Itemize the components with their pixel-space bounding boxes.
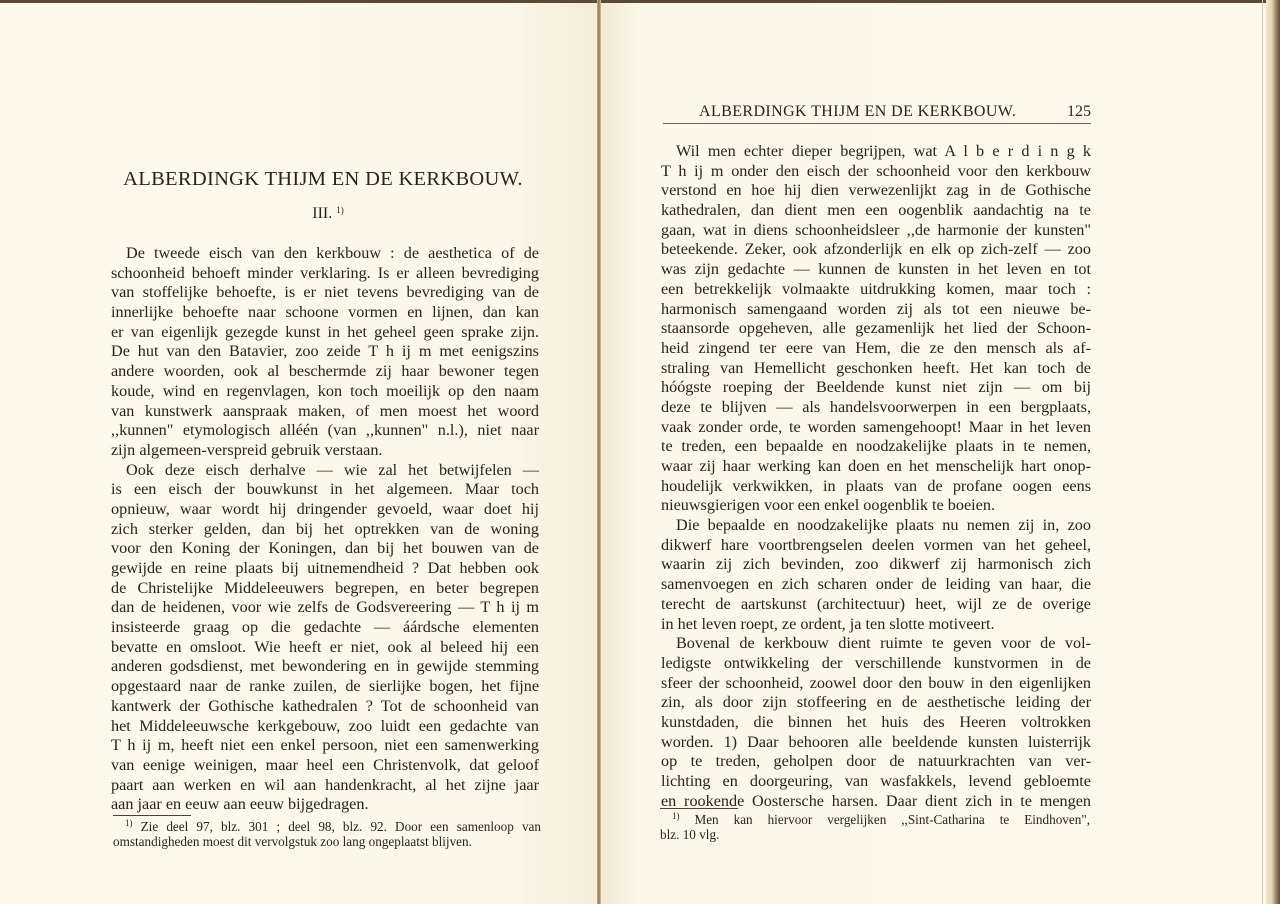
text-line: houdelijk verkwikken, in plaats van de p… — [661, 477, 1091, 497]
text-line: opgestaard naar de ranke zuilen, de sier… — [111, 677, 539, 697]
text-line: er van eigenlijk gezegde kunst in het ge… — [111, 323, 539, 343]
page-edge-line — [1262, 0, 1263, 904]
footnote-line: blz. 10 vlg. — [660, 828, 1090, 843]
text-line: samenvoegen en zich scharen onder de lei… — [661, 575, 1091, 595]
text-line: insisteerde graag op die gedachte — áárd… — [111, 618, 539, 638]
text-line: terecht de aartskunst (architectuur) hee… — [661, 595, 1091, 615]
text-line: koude, wind en regenvlagen, kon toch moe… — [111, 382, 539, 402]
text-line: aan jaar en eeuw aan eeuw bijgedragen. — [111, 795, 539, 815]
text-line: voor den Koning der Koningen, dan bij he… — [111, 539, 539, 559]
footnote-ref: 1) — [336, 205, 344, 215]
text-line: van kunstwerk aanspraak maken, of men mo… — [111, 402, 539, 422]
text-line: Bovenal de kerkbouw dient ruimte te geve… — [661, 634, 1091, 654]
text-line: heid zingend ter eere van Hem, die ze de… — [661, 339, 1091, 359]
text-line: gewijde en reine plaats bij uitnemendhei… — [111, 559, 539, 579]
text-line: harmonisch samengaand worden zij als tot… — [661, 300, 1091, 320]
footnote-line: 1) Men kan hiervoor vergelijken ,,Sint-C… — [660, 813, 1090, 828]
text-line: van stoffelijke behoefte, is er niet tev… — [111, 283, 539, 303]
text-line: De tweede eisch van den kerkbouw : de ae… — [111, 244, 539, 264]
footnote-rule — [113, 815, 191, 816]
footnote-marker: 1) — [125, 818, 133, 828]
footnote-text: Men kan hiervoor vergelijken ,,Sint-Cath… — [694, 812, 1090, 827]
text-line: andere woorden, ook al beschermde zij ha… — [111, 362, 539, 382]
text-line: Die bepaalde en noodzakelijke plaats nu … — [661, 516, 1091, 536]
running-head-title: ALBERDINGK THIJM EN DE KERKBOUW. — [699, 103, 1016, 121]
text-line: staansorde opgeheven, alle gezamenlijk h… — [661, 319, 1091, 339]
book-gutter — [597, 0, 601, 904]
text-line: T h ij m onder den eisch der schoonheid … — [661, 162, 1091, 182]
text-line: sfeer der schoonheid, zoowel door den bo… — [661, 674, 1091, 694]
text-line: schoonheid behoeft minder verklaring. Is… — [111, 264, 539, 284]
text-line: bevatte en omsloot. Wie heeft er niet, o… — [111, 638, 539, 658]
footnote-line: omstandigheden moest dit vervolgstuk zoo… — [113, 835, 541, 850]
footnote-text: Zie deel 97, blz. 301 ; deel 98, blz. 92… — [141, 819, 541, 834]
text-line: is een eisch der bouwkunst in het algeme… — [111, 480, 539, 500]
text-line: ,,kunnen" etymologisch alléén (van ,,kun… — [111, 421, 539, 441]
text-line: beteekende. Zeker, ook afzonderlijk en e… — [661, 240, 1091, 260]
chapter-title: ALBERDINGK THIJM EN DE KERKBOUW. — [108, 168, 538, 191]
section-number: III. 1) — [108, 205, 548, 223]
text-line: opnieuw, waar wordt hij dringender gevoe… — [111, 500, 539, 520]
text-line: ledigste ontwikkeling der verschillende … — [661, 654, 1091, 674]
text-line: innerlijke behoefte naar schoone vormen … — [111, 303, 539, 323]
page-edge-stack — [1266, 0, 1280, 904]
footnote-line: 1) Zie deel 97, blz. 301 ; deel 98, blz.… — [113, 820, 541, 835]
text-line: zijn algemeen-verspreid gebruik verstaan… — [111, 441, 539, 461]
right-footnote: 1) Men kan hiervoor vergelijken ,,Sint-C… — [660, 813, 1090, 842]
text-line: de Christelijke Middeleeuwers begrepen, … — [111, 579, 539, 599]
text-line: een betrekkelijk volmaakte uitdrukking k… — [661, 280, 1091, 300]
text-line: T h ij m, heeft niet een enkel persoon, … — [111, 736, 539, 756]
text-line: was zijn gedachte — kunnen de kunsten in… — [661, 260, 1091, 280]
text-line: anderen godsdienst, met bewondering en i… — [111, 657, 539, 677]
text-line: waar zij haar werking kan doen en het me… — [661, 457, 1091, 477]
footnote-text: blz. 10 vlg. — [660, 827, 719, 842]
left-body-text: De tweede eisch van den kerkbouw : de ae… — [111, 244, 539, 815]
text-line: De hut van den Batavier, zoo zeide T h i… — [111, 342, 539, 362]
text-line: gaan, wat in diens schoonheidsleer ,,de … — [661, 221, 1091, 241]
footnote-text: omstandigheden moest dit vervolgstuk zoo… — [113, 834, 472, 849]
text-line: Wil men echter dieper begrijpen, wat A l… — [661, 142, 1091, 162]
text-line: in het leven roept, ze ordent, ja ten sl… — [661, 615, 1091, 635]
text-line: zich sterker gelden, dan bij het optrekk… — [111, 520, 539, 540]
text-line: kantwerk der Gothische kathedralen ? Tot… — [111, 697, 539, 717]
text-line: straling van Hemellicht geschonken heeft… — [661, 359, 1091, 379]
text-line: nieuwsgierigen voor een enkel oogenblik … — [661, 496, 1091, 516]
footnote-rule — [660, 808, 738, 809]
text-line: worden. 1) Daar behooren alle beeldende … — [661, 733, 1091, 753]
footnote-marker: 1) — [672, 811, 680, 821]
text-line: hóógste roeping der Beeldende kunst niet… — [661, 378, 1091, 398]
text-line: waarin zij zich bevinden, zoo dikwerf zi… — [661, 555, 1091, 575]
text-line: kathedralen, dan dient men een oogenblik… — [661, 201, 1091, 221]
left-footnote: 1) Zie deel 97, blz. 301 ; deel 98, blz.… — [113, 820, 541, 849]
section-numeral: III. — [312, 205, 332, 222]
text-line: het Middeleeuwsche kerkgebouw, zoo luidt… — [111, 717, 539, 737]
book-spread: ALBERDINGK THIJM EN DE KERKBOUW. III. 1)… — [0, 0, 1280, 904]
page-number: 125 — [1067, 103, 1091, 121]
text-line: dikwerf hare voortbrengselen deelen vorm… — [661, 536, 1091, 556]
right-body-text: Wil men echter dieper begrijpen, wat A l… — [661, 142, 1091, 811]
text-line: dan de heidenen, voor wie zelfs de Godsv… — [111, 598, 539, 618]
text-line: kunstdaden, die binnen het huis des Heer… — [661, 713, 1091, 733]
text-line: paart aan werken en wil aan handenkracht… — [111, 776, 539, 796]
text-line: op te treden, geholpen door de natuurkra… — [661, 752, 1091, 772]
text-line: zin, als door zijn stoffeering en de aes… — [661, 693, 1091, 713]
text-line: Ook deze eisch derhalve — wie zal het be… — [111, 461, 539, 481]
text-line: vaak zonder orde, te worden samengehoopt… — [661, 418, 1091, 438]
text-line: deze te blijven — als handelsvoorwerpen … — [661, 398, 1091, 418]
text-line: van eenige weinigen, maar heel een Chris… — [111, 756, 539, 776]
running-head-rule — [663, 123, 1091, 124]
running-head: ALBERDINGK THIJM EN DE KERKBOUW. 125 — [663, 103, 1091, 123]
text-line: lichting en doorgeuring, van wasfakkels,… — [661, 772, 1091, 792]
text-line: verstond en hoe hij dien verwezenlijkt z… — [661, 181, 1091, 201]
text-line: te treden, een bepaalde en noodzakelijke… — [661, 437, 1091, 457]
